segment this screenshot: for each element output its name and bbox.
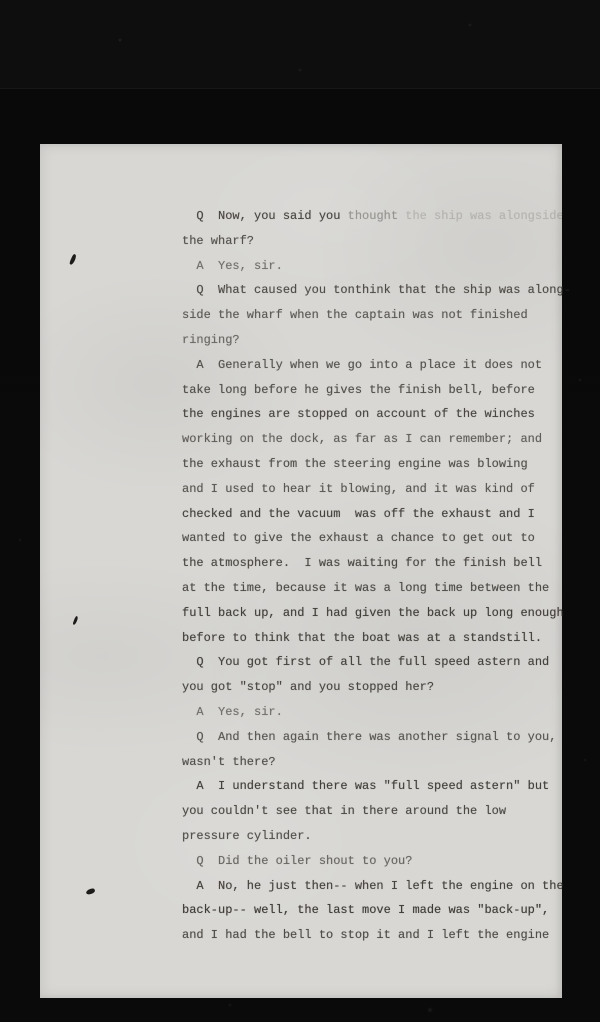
transcript-line: and I had the bell to stop it and I left… [182,923,578,948]
transcript-line: before to think that the boat was at a s… [182,626,578,651]
transcript-line: you got "stop" and you stopped her? [182,675,578,700]
transcript-line: wanted to give the exhaust a chance to g… [182,526,578,551]
scanned-document-viewport: Q Now, you said you thought the ship was… [0,0,600,1022]
transcript-line: the exhaust from the steering engine was… [182,452,578,477]
margin-ink-mark [69,254,77,266]
transcript-line: A I understand there was "full speed ast… [182,774,578,799]
transcript-line: side the wharf when the captain was not … [182,303,578,328]
transcript-line: the engines are stopped on account of th… [182,402,578,427]
transcript-line: Q What caused you tonthink that the ship… [182,278,578,303]
transcript-line: A Yes, sir. [182,700,578,725]
transcript-text: Q Now, you said you thought the ship was… [182,204,578,948]
transcript-line: Q Now, you said you thought the ship was… [182,204,578,229]
margin-ink-mark [85,888,95,896]
transcript-line: back-up-- well, the last move I made was… [182,898,578,923]
transcript-line: Q Did the oiler shout to you? [182,849,578,874]
transcript-line: the wharf? [182,229,578,254]
transcript-line: checked and the vacuum was off the exhau… [182,502,578,527]
transcript-line: Q And then again there was another signa… [182,725,578,750]
transcript-line: Q You got first of all the full speed as… [182,650,578,675]
scanner-seam-line [0,88,600,89]
transcript-line: take long before he gives the finish bel… [182,378,578,403]
transcript-line: A Yes, sir. [182,254,578,279]
transcript-line: you couldn't see that in there around th… [182,799,578,824]
transcript-line: A No, he just then-- when I left the eng… [182,874,578,899]
transcript-line: at the time, because it was a long time … [182,576,578,601]
transcript-line: and I used to hear it blowing, and it wa… [182,477,578,502]
transcript-line: full back up, and I had given the back u… [182,601,578,626]
transcript-line: A Generally when we go into a place it d… [182,353,578,378]
transcript-line: wasn't there? [182,750,578,775]
transcript-line: pressure cylinder. [182,824,578,849]
document-page: Q Now, you said you thought the ship was… [40,144,562,998]
transcript-line: working on the dock, as far as I can rem… [182,427,578,452]
transcript-line: ringing? [182,328,578,353]
transcript-line: the atmosphere. I was waiting for the fi… [182,551,578,576]
margin-ink-mark [72,616,78,625]
